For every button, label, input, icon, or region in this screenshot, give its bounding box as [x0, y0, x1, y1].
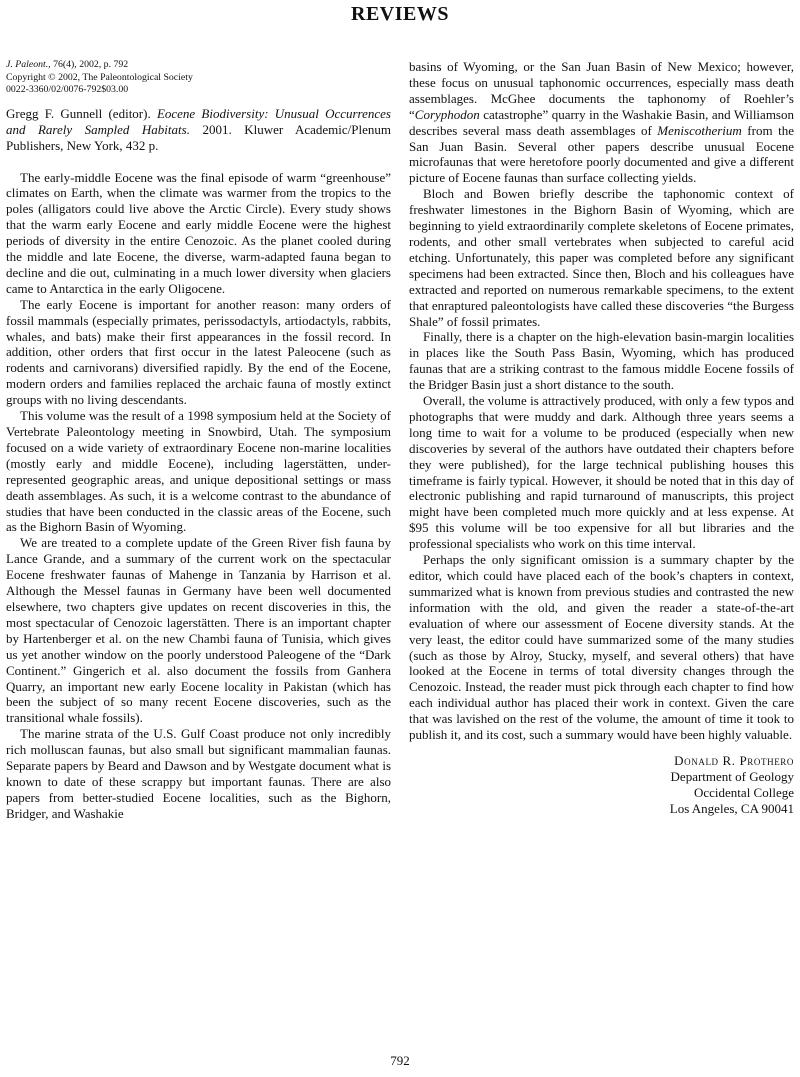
- two-column-layout: J. Paleont., 76(4), 2002, p. 792 Copyrig…: [0, 59, 800, 822]
- paragraph: Finally, there is a chapter on the high-…: [409, 329, 794, 393]
- journal-meta-line: J. Paleont., 76(4), 2002, p. 792: [6, 59, 391, 72]
- reviewer-affiliation-line: Department of Geology: [409, 769, 794, 785]
- journal-meta-block: J. Paleont., 76(4), 2002, p. 792 Copyrig…: [6, 59, 391, 97]
- book-citation: Gregg F. Gunnell (editor). Eocene Biodiv…: [6, 106, 391, 154]
- reviewer-affiliation-line: Los Angeles, CA 90041: [409, 801, 794, 817]
- journal-meta-line: Copyright © 2002, The Paleontological So…: [6, 72, 391, 85]
- paragraph: Overall, the volume is attractively prod…: [409, 393, 794, 552]
- journal-page: REVIEWS J. Paleont., 76(4), 2002, p. 792…: [0, 0, 800, 1077]
- left-column: J. Paleont., 76(4), 2002, p. 792 Copyrig…: [6, 59, 391, 822]
- right-column: basins of Wyoming, or the San Juan Basin…: [409, 59, 794, 822]
- paragraph: This volume was the result of a 1998 sym…: [6, 408, 391, 535]
- paragraph-continuation: basins of Wyoming, or the San Juan Basin…: [409, 59, 794, 186]
- paragraph: We are treated to a complete update of t…: [6, 535, 391, 726]
- reviewer-name: Donald R. Prothero: [409, 753, 794, 769]
- page-number: 792: [0, 1053, 800, 1069]
- page-title: REVIEWS: [0, 0, 800, 25]
- paragraph: Bloch and Bowen briefly describe the tap…: [409, 186, 794, 329]
- paragraph: The marine strata of the U.S. Gulf Coast…: [6, 726, 391, 821]
- paragraph: Perhaps the only significant omission is…: [409, 552, 794, 743]
- journal-meta-line: 0022-3360/02/0076-792$03.00: [6, 84, 391, 97]
- paragraph: The early-middle Eocene was the final ep…: [6, 170, 391, 297]
- reviewer-affiliation-line: Occidental College: [409, 785, 794, 801]
- paragraph: The early Eocene is important for anothe…: [6, 297, 391, 408]
- signature-block: Donald R. Prothero Department of Geology…: [409, 753, 794, 817]
